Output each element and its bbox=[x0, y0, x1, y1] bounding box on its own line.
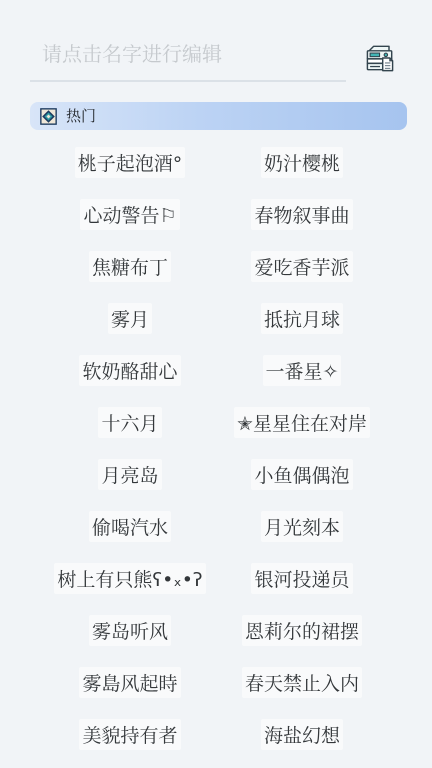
name-item[interactable]: 月光刻本 bbox=[261, 511, 343, 542]
name-item[interactable]: ✭星星住在对岸 bbox=[234, 407, 370, 438]
name-cell: 银河投递员 bbox=[194, 552, 410, 604]
name-cell: 恩莉尔的裙摆 bbox=[194, 604, 410, 656]
name-item[interactable]: 恩莉尔的裙摆 bbox=[242, 615, 362, 646]
name-item[interactable]: 焦糖布丁 bbox=[89, 251, 171, 282]
copy-button[interactable] bbox=[358, 34, 402, 82]
ornament-diamond-icon bbox=[40, 108, 57, 125]
name-item[interactable]: 月亮岛 bbox=[98, 459, 161, 490]
name-cell: 春物叙事曲 bbox=[194, 188, 410, 240]
name-item[interactable]: 爱吃香芋派 bbox=[251, 251, 352, 282]
name-item[interactable]: 桃子起泡酒° bbox=[75, 147, 186, 178]
name-cell: 小鱼偶偶泡 bbox=[194, 448, 410, 500]
section-header-hot: 热门 bbox=[30, 102, 407, 130]
name-cell: 爱吃香芋派 bbox=[194, 240, 410, 292]
name-cell: ✭星星住在对岸 bbox=[194, 396, 410, 448]
name-cell: 抵抗月球 bbox=[194, 292, 410, 344]
name-item[interactable]: 小鱼偶偶泡 bbox=[251, 459, 352, 490]
name-item[interactable]: 春物叙事曲 bbox=[251, 199, 352, 230]
editor-bar bbox=[30, 32, 402, 82]
name-list: 桃子起泡酒° 奶汁樱桃 心动警告⚐ 春物叙事曲 焦糖布丁 爱吃香芋派 雾月 抵抗… bbox=[0, 136, 432, 760]
name-item[interactable]: 心动警告⚐ bbox=[80, 199, 179, 230]
name-item[interactable]: 树上有只熊ʕ•ₓ•ʔ bbox=[54, 563, 205, 594]
name-item[interactable]: 雾月 bbox=[108, 303, 152, 334]
name-item[interactable]: 偷喝汽水 bbox=[89, 511, 171, 542]
name-input[interactable] bbox=[30, 32, 346, 82]
name-item[interactable]: 美貌持有者 bbox=[79, 719, 180, 750]
name-item[interactable]: 软奶酪甜心 bbox=[79, 355, 180, 386]
name-item[interactable]: 雾島风起時 bbox=[79, 667, 180, 698]
name-item[interactable]: 雾岛听风 bbox=[89, 615, 171, 646]
name-cell: 奶汁樱桃 bbox=[194, 136, 410, 188]
name-cell: 春天禁止入内 bbox=[194, 656, 410, 708]
copy-machine-icon bbox=[362, 40, 398, 76]
section-title: 热门 bbox=[66, 109, 96, 124]
name-item[interactable]: 奶汁樱桃 bbox=[261, 147, 343, 178]
name-cell: 海盐幻想 bbox=[194, 708, 410, 760]
name-item[interactable]: 十六月 bbox=[98, 407, 161, 438]
name-item[interactable]: 抵抗月球 bbox=[261, 303, 343, 334]
name-item[interactable]: 海盐幻想 bbox=[261, 719, 343, 750]
name-item[interactable]: 一番星✧ bbox=[263, 355, 342, 386]
name-item[interactable]: 春天禁止入内 bbox=[242, 667, 362, 698]
name-item[interactable]: 银河投递员 bbox=[251, 563, 352, 594]
name-cell: 月光刻本 bbox=[194, 500, 410, 552]
name-cell: 一番星✧ bbox=[194, 344, 410, 396]
